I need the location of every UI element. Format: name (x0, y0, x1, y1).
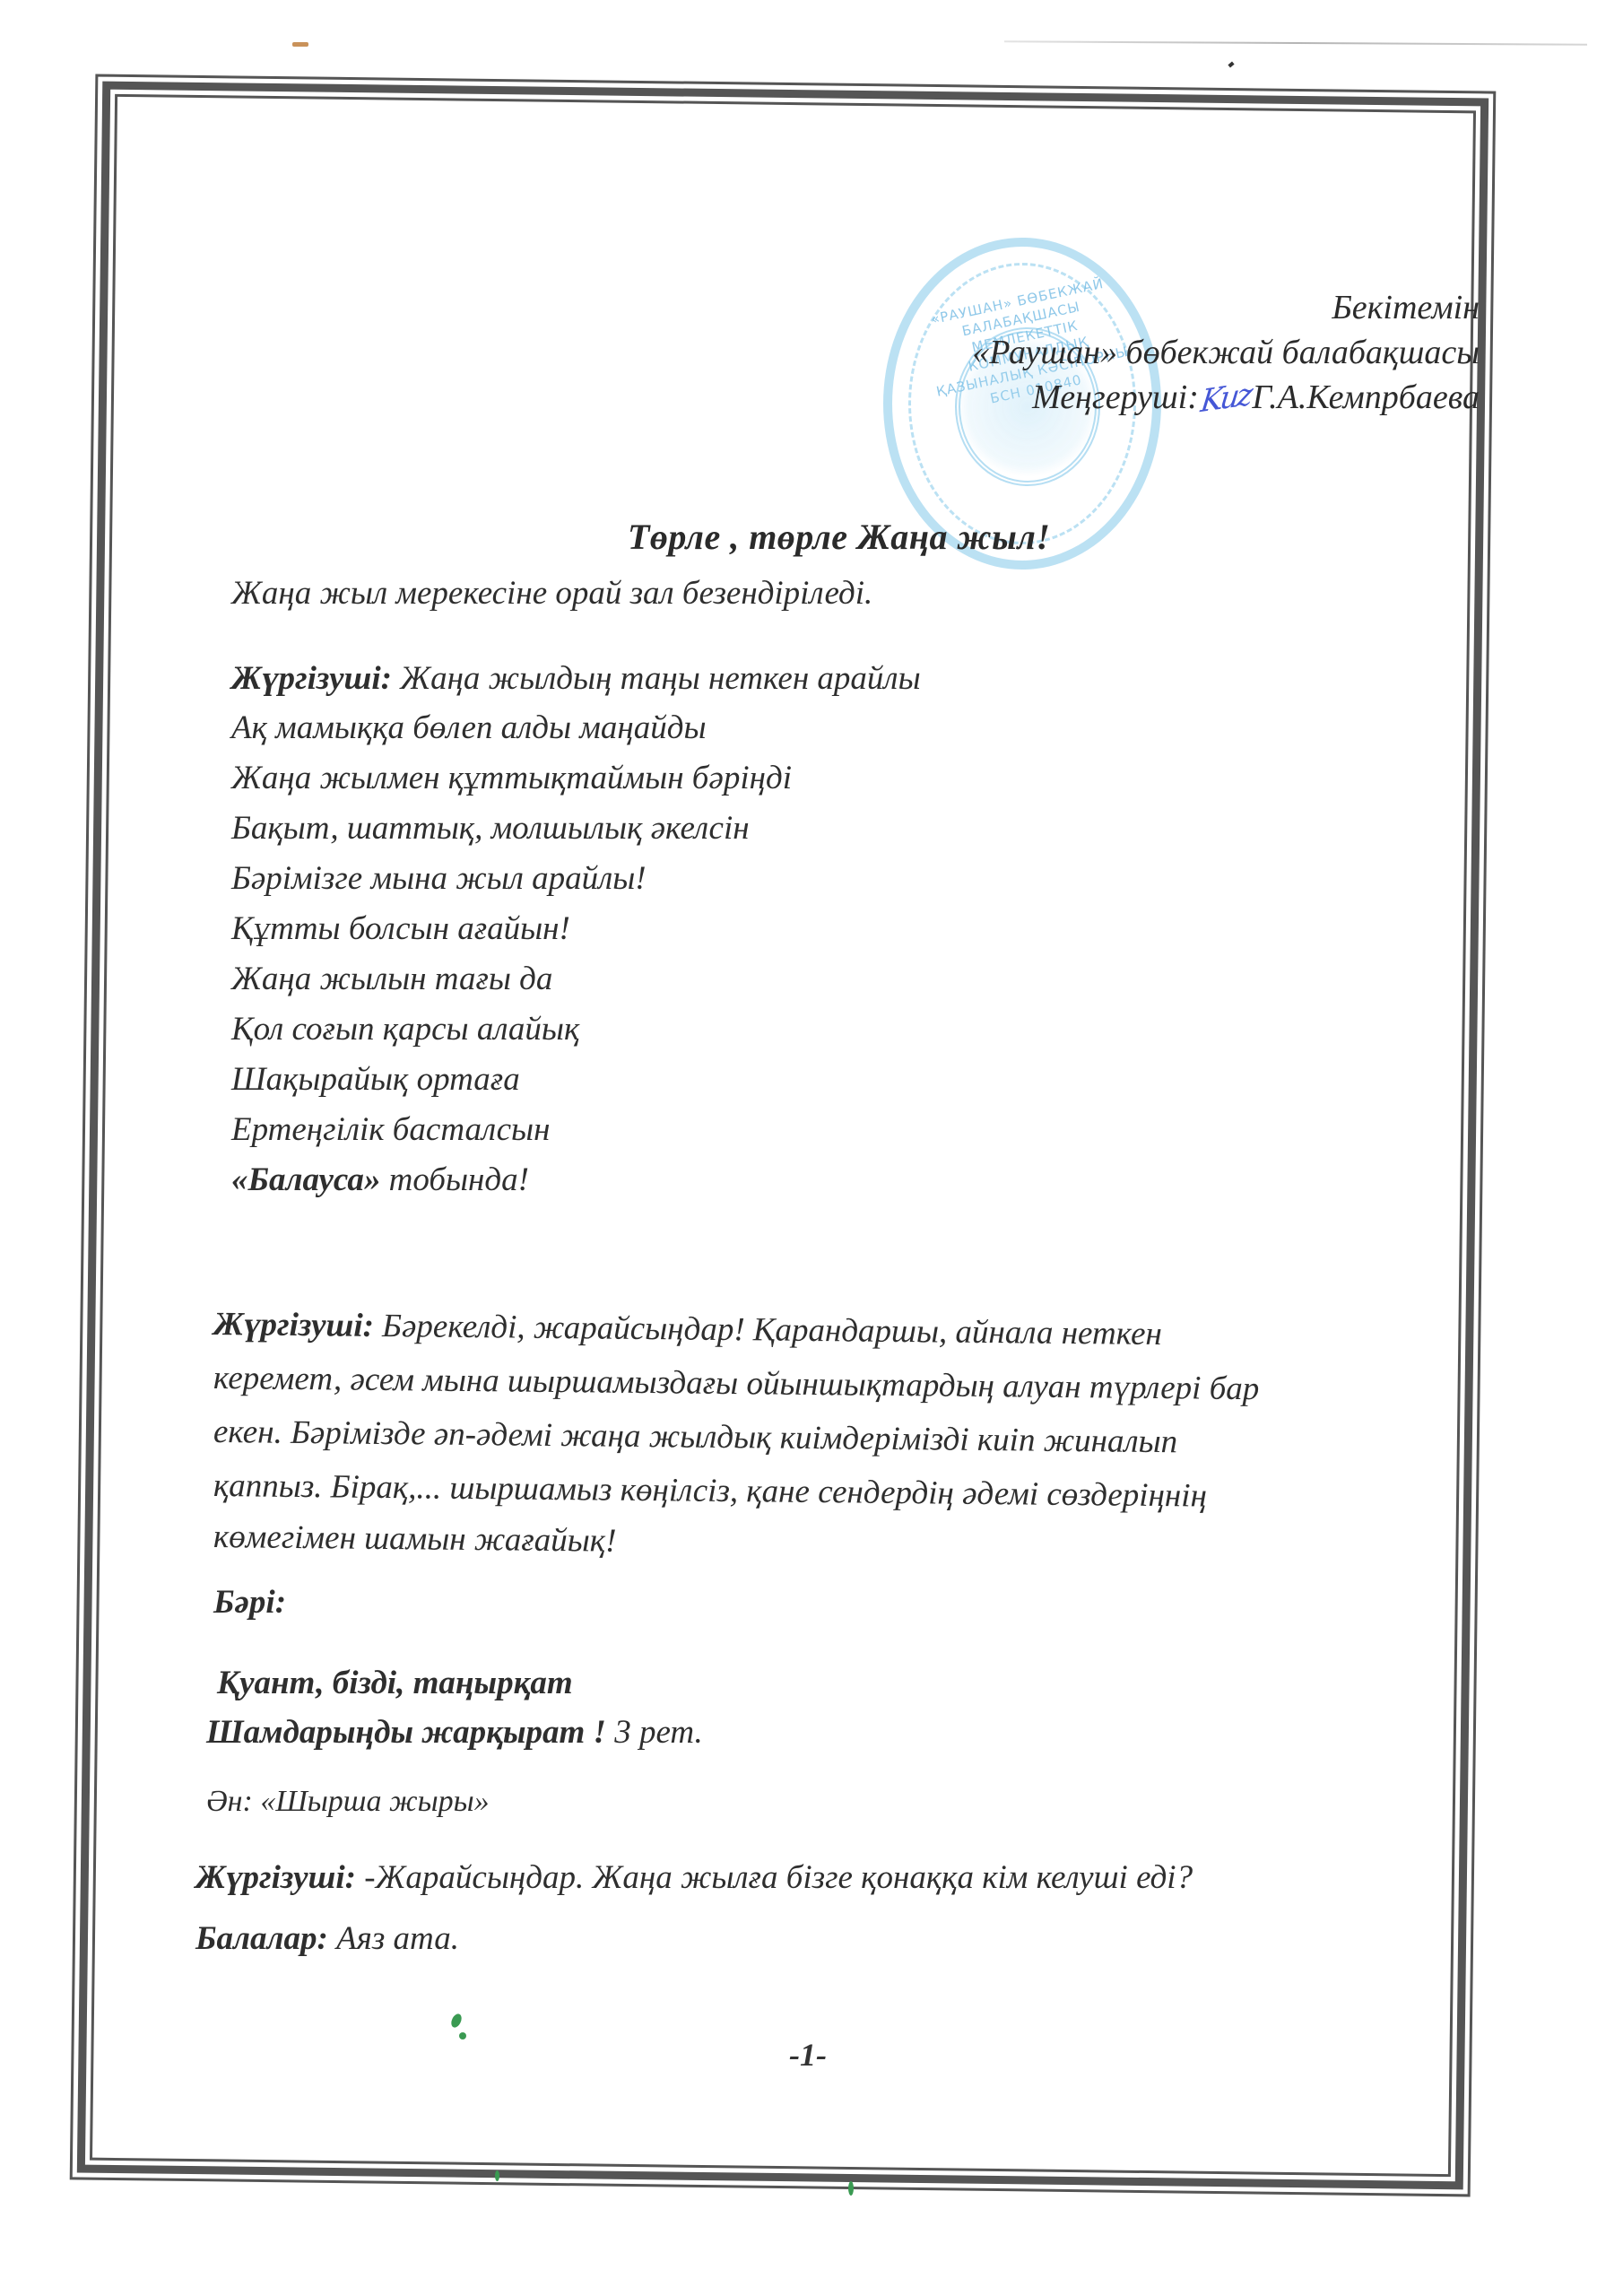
reply-text: Аяз ата. (336, 1920, 459, 1957)
reply-line: Балалар: Аяз ата. (195, 1919, 459, 1958)
scan-artifact-line (1004, 40, 1587, 45)
poem-line: Қол соғып қарсы алайық (231, 1010, 579, 1048)
ink-speck (848, 2181, 854, 2196)
song-title: Ән: «Шырша жыры» (206, 1785, 490, 1819)
group-name: «Балауса» (231, 1161, 380, 1198)
speech-line: Жүргізуші: -Жарайсыңдар. Жаңа жылға бізг… (195, 1858, 1193, 1897)
intro-text: Жаңа жыл мерекесіне орай зал безендіріле… (231, 574, 872, 613)
chant-line: Қуант, бізді, таңырқат (217, 1664, 573, 1702)
approval-role: Меңгеруші: (1032, 378, 1199, 416)
poem-line: тобында! (380, 1161, 529, 1198)
poem-line: Жаңа жылмен құттықтаймын бәріңді (231, 759, 792, 797)
poem-line: Бәрімізге мына жыл арайлы! (231, 859, 647, 898)
chant-line-with-note: Шамдарыңды жарқырат ! 3 рет. (206, 1713, 703, 1752)
speaker-label: Жүргізуші: (195, 1859, 356, 1896)
poem-line: Ертеңгілік басталсын (231, 1110, 550, 1149)
chant-line: Шамдарыңды жарқырат ! (206, 1714, 606, 1751)
poem-last-line: «Балауса» тобында! (231, 1161, 529, 1199)
poem-line: Ақ мамыққа бөлеп алды маңайды (231, 709, 707, 747)
handwritten-signature: Kuz (1198, 371, 1253, 424)
speaker-label: Жүргізуші: (231, 660, 392, 697)
speaker-label: Балалар: (195, 1920, 328, 1957)
speaker-label: Бәрі: (213, 1583, 286, 1622)
ink-speck (495, 2170, 499, 2181)
poem-line: Жаңа жылын тағы да (231, 960, 552, 998)
approval-institution: «Раушан» бөбекжай балабақшасы (972, 330, 1480, 375)
approval-name: Г.А.Кемпрбаева (1252, 378, 1480, 416)
page-number: -1- (789, 2036, 827, 2074)
poem-line: Шақырайық ортаға (231, 1060, 520, 1099)
repeat-note: 3 рет. (614, 1714, 703, 1751)
poem-line: Құтты болсын ағайын! (231, 909, 570, 948)
approval-block: Бекітемін «Раушан» бөбекжай балабақшасы … (972, 285, 1480, 421)
speech-line: көмегімен шамын жағайық! (213, 1518, 617, 1561)
document-title: Төрле , төрле Жаңа жыл! (628, 516, 1050, 558)
poem-line: Жаңа жылдың таңы неткен арайлы (400, 660, 920, 697)
scan-artifact-dot (1228, 62, 1234, 68)
ink-speck (459, 2032, 466, 2039)
scan-artifact (292, 42, 308, 47)
speaker-label: Жүргізуші: (213, 1306, 374, 1344)
speech-text: Бәрекелді, жарайсыңдар! Қарандаршы, айна… (382, 1308, 1162, 1352)
speech-text: -Жарайсыңдар. Жаңа жылға бізге қонаққа к… (364, 1859, 1193, 1896)
approval-signatory: Меңгеруші:KuzГ.А.Кемпрбаева (972, 375, 1480, 421)
poem-first-line: Жүргізуші: Жаңа жылдың таңы неткен арайл… (231, 659, 921, 698)
approval-heading: Бекітемін (972, 285, 1480, 330)
poem-line: Бақыт, шаттық, молшылық әкелсін (231, 809, 750, 848)
